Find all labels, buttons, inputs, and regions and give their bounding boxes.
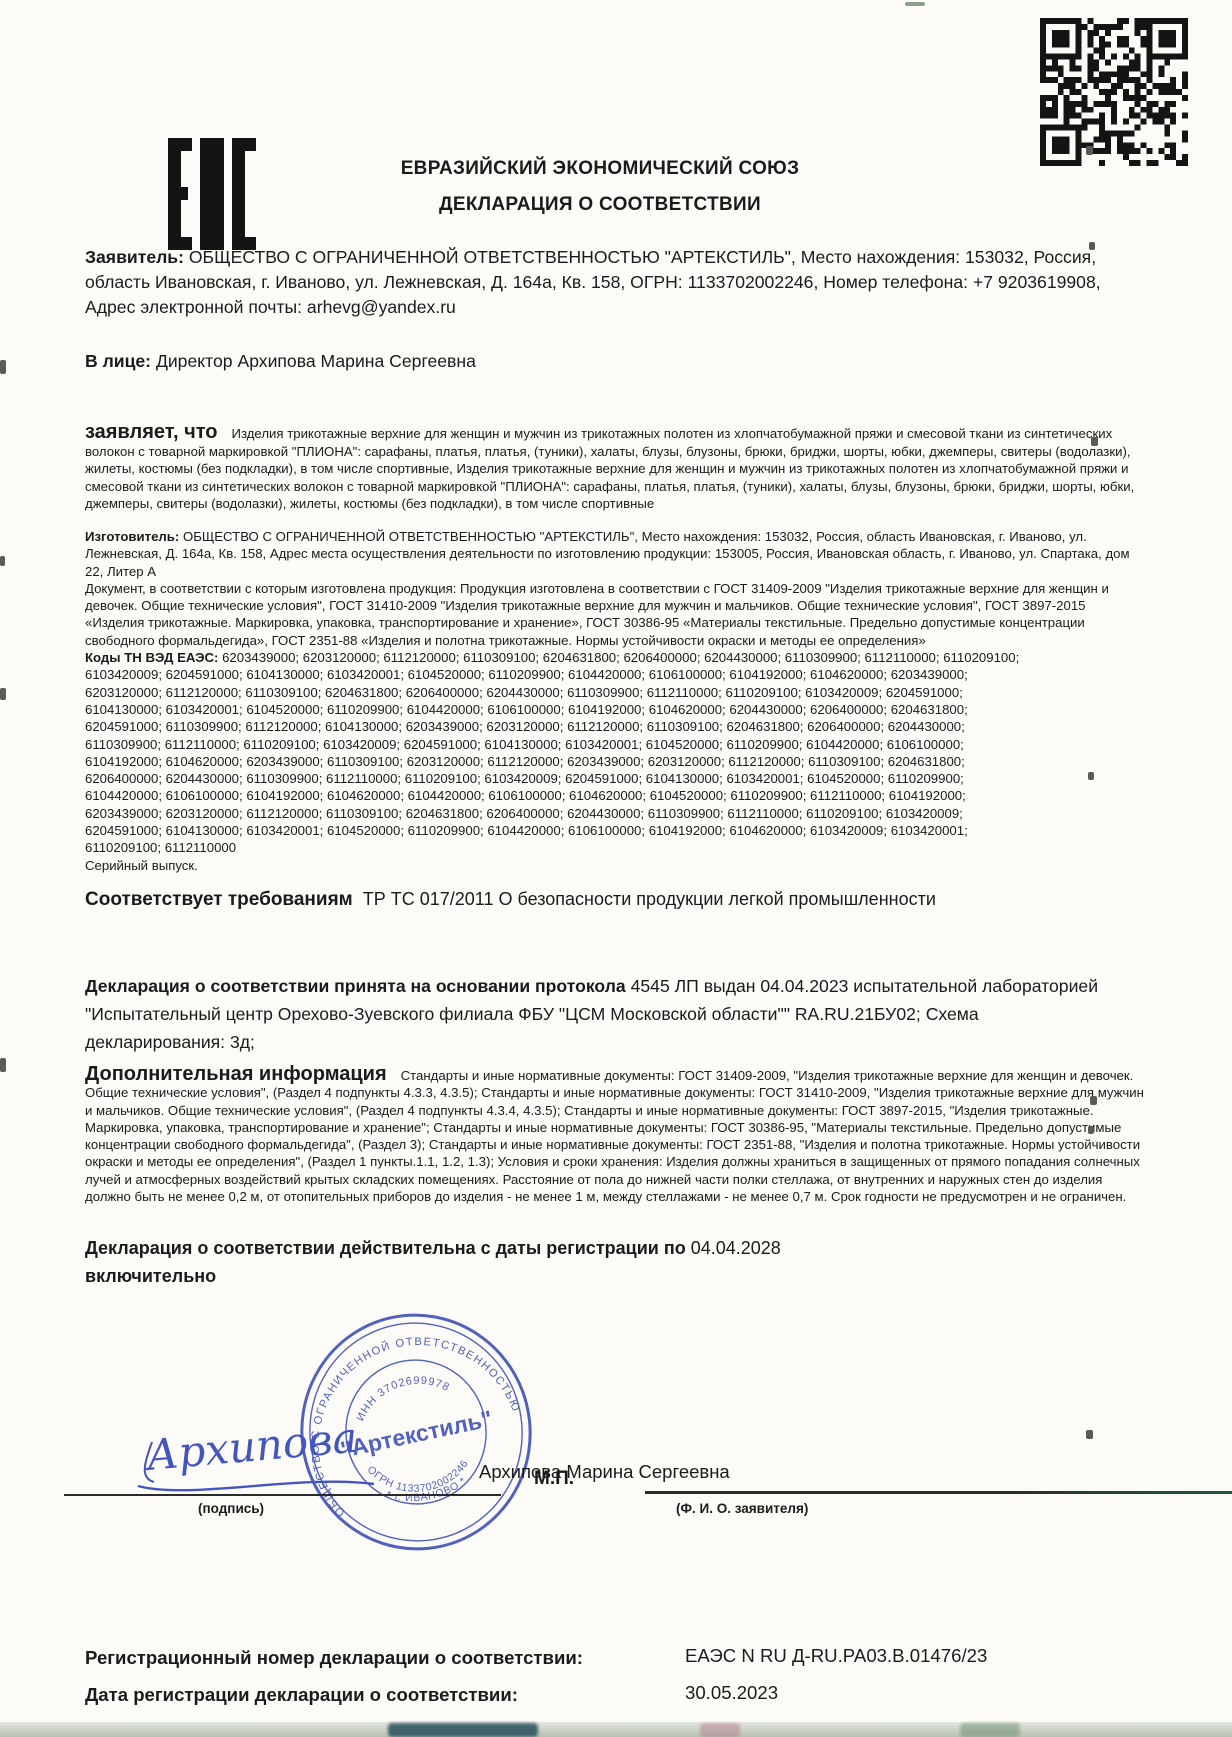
scan-bottom-strip [0, 1722, 1232, 1737]
scan-artifact [388, 1723, 538, 1737]
qr-code [1040, 18, 1188, 166]
stamp-city-text: * г. ИВАНОВО * [383, 1472, 471, 1511]
scan-artifact [1086, 146, 1093, 155]
registration-date-value: 30.05.2023 [685, 1682, 778, 1704]
basis-paragraph: Декларация о соответствии принята на осн… [85, 972, 1117, 1056]
complies-paragraph: Соответствует требованиямТР ТС 017/2011 … [85, 886, 1117, 913]
fio-line [645, 1491, 1232, 1494]
tnved-codes-paragraph: Коды ТН ВЭД ЕАЭС: 6203439000; 6203120000… [85, 649, 1148, 857]
applicant-paragraph: Заявитель: ОБЩЕСТВО С ОГРАНИЧЕННОЙ ОТВЕТ… [85, 245, 1117, 320]
additional-info-paragraph: Дополнительная информацияСтандарты и ины… [85, 1066, 1148, 1205]
complies-text: ТР ТС 017/2011 О безопасности продукции … [363, 889, 936, 909]
validity-paragraph: Декларация о соответствии действительна … [85, 1234, 1117, 1290]
declares-paragraph: заявляет, чтоИзделия трикотажные верхние… [85, 424, 1148, 513]
signature-caption: (подпись) [198, 1501, 264, 1516]
product-document-text: Документ, в соответствии с которым изгот… [85, 581, 1109, 648]
signature-line [64, 1494, 501, 1496]
complies-label: Соответствует требованиям [85, 889, 353, 910]
serial-issue-text: Серийный выпуск. [85, 857, 1148, 874]
person-text: Директор Архипова Марина Сергеевна [156, 351, 476, 371]
scan-artifact [0, 556, 5, 566]
applicant-label: Заявитель: [85, 247, 184, 267]
union-title: ЕВРАЗИЙСКИЙ ЭКОНОМИЧЕСКИЙ СОЮЗ [85, 158, 1115, 180]
document-header: ЕВРАЗИЙСКИЙ ЭКОНОМИЧЕСКИЙ СОЮЗ ДЕКЛАРАЦИ… [85, 158, 1115, 216]
scan-artifact [0, 1058, 6, 1072]
scan-artifact [1090, 1096, 1097, 1105]
tnved-codes-label: Коды ТН ВЭД ЕАЭС: [85, 650, 218, 665]
scan-artifact [1086, 1430, 1093, 1439]
declares-label: заявляет, что [85, 421, 218, 443]
manufacturer-text: ОБЩЕСТВО С ОГРАНИЧЕННОЙ ОТВЕТСТВЕННОСТЬЮ… [85, 529, 1130, 579]
validity-suffix: включительно [85, 1266, 216, 1286]
fio-caption: (Ф. И. О. заявителя) [676, 1501, 808, 1516]
basis-label: Декларация о соответствии принята на осн… [85, 976, 626, 996]
scan-artifact [1089, 242, 1095, 250]
scan-artifact [960, 1723, 1020, 1737]
registration-number-label: Регистрационный номер декларации о соотв… [85, 1647, 583, 1669]
handwritten-signature: Архипова [130, 1412, 390, 1504]
scan-artifact [0, 688, 6, 700]
scan-artifact [1091, 437, 1098, 446]
registration-date-label: Дата регистрации декларации о соответств… [85, 1684, 518, 1706]
svg-text:Архипова: Архипова [142, 1413, 360, 1480]
scan-artifact [700, 1723, 740, 1737]
applicant-fio-name: Архипова Марина Сергеевна [479, 1461, 730, 1483]
document-title: ДЕКЛАРАЦИЯ О СООТВЕТСТВИИ [85, 194, 1115, 216]
registration-number-value: ЕАЭС N RU Д-RU.РА03.В.01476/23 [685, 1645, 987, 1667]
scan-artifact [1088, 772, 1094, 780]
scan-artifact [905, 2, 925, 6]
manufacturer-paragraph: Изготовитель: ОБЩЕСТВО С ОГРАНИЧЕННОЙ ОТ… [85, 528, 1148, 580]
product-document-paragraph: Документ, в соответствии с которым изгот… [85, 580, 1148, 649]
details-block: Изготовитель: ОБЩЕСТВО С ОГРАНИЧЕННОЙ ОТ… [85, 528, 1148, 874]
scan-artifact [1088, 1126, 1094, 1134]
tnved-codes-text: 6203439000; 6203120000; 6112120000; 6110… [85, 650, 1019, 855]
validity-date: 04.04.2028 [691, 1238, 781, 1258]
person-paragraph: В лице: Директор Архипова Марина Сергеев… [85, 349, 1117, 374]
person-label: В лице: [85, 351, 151, 371]
declares-text: Изделия трикотажные верхние для женщин и… [85, 426, 1134, 511]
declaration-document-page: ЕВРАЗИЙСКИЙ ЭКОНОМИЧЕСКИЙ СОЮЗ ДЕКЛАРАЦИ… [0, 0, 1232, 1737]
applicant-text: ОБЩЕСТВО С ОГРАНИЧЕННОЙ ОТВЕТСТВЕННОСТЬЮ… [85, 247, 1101, 317]
validity-label: Декларация о соответствии действительна … [85, 1238, 686, 1258]
additional-info-label: Дополнительная информация [85, 1063, 387, 1085]
manufacturer-label: Изготовитель: [85, 529, 179, 544]
additional-info-text: Стандарты и иные нормативные документы: … [85, 1068, 1144, 1204]
scan-artifact [0, 360, 6, 374]
